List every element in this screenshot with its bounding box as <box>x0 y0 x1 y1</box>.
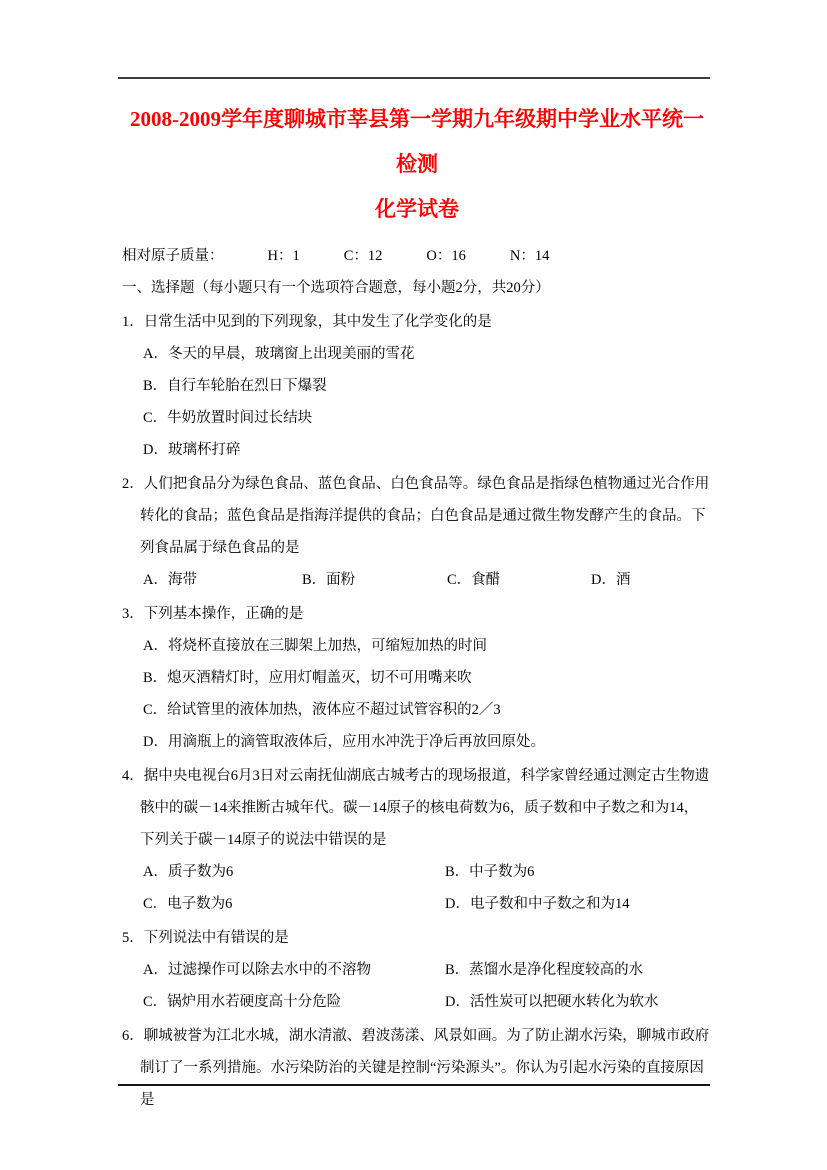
option-row: A．质子数为6B．中子数为6 <box>122 856 712 888</box>
question-stem: 2．人们把食品分为绿色食品、蓝色食品、白色食品等。绿色食品是指绿色植物通过光合作… <box>122 468 712 564</box>
option-item: D．玻璃杯打碎 <box>143 442 240 458</box>
question: 2．人们把食品分为绿色食品、蓝色食品、白色食品等。绿色食品是指绿色植物通过光合作… <box>122 468 712 596</box>
option-item: B．蒸馏水是净化程度较高的水 <box>445 954 643 986</box>
option-row: A．过滤操作可以除去水中的不溶物B．蒸馏水是净化程度较高的水 <box>122 954 712 986</box>
option-item: A．海带 <box>143 564 302 596</box>
option-line: B．熄灭酒精灯时，应用灯帽盖灭，切不可用嘴来吹 <box>122 662 712 694</box>
option-item: C．电子数为6 <box>143 888 445 920</box>
option-line: D．玻璃杯打碎 <box>122 434 712 466</box>
question: 4．据中央电视台6月3日对云南抚仙湖底古城考古的现场报道，科学家曾经通过测定古生… <box>122 760 712 920</box>
question-stem: 3．下列基本操作，正确的是 <box>122 598 712 630</box>
option-item: B．自行车轮胎在烈日下爆裂 <box>143 378 327 394</box>
question-stem-text: 聊城被誉为江北水城，湖水清澈、碧波荡漾、风景如画。为了防止湖水污染，聊城市政府制… <box>140 1028 709 1108</box>
section-heading: 一、选择题（每小题只有一个选项符合题意，每小题2分，共20分） <box>122 272 712 304</box>
question-stem-text: 下列说法中有错误的是 <box>144 930 289 946</box>
option-item: C．给试管里的液体加热，液体应不超过试管容积的2／3 <box>143 702 501 718</box>
option-line: D．用滴瓶上的滴管取液体后，应用水冲洗于净后再放回原处。 <box>122 726 712 758</box>
question-stem: 5．下列说法中有错误的是 <box>122 922 712 954</box>
question-stem-text: 人们把食品分为绿色食品、蓝色食品、白色食品等。绿色食品是指绿色植物通过光合作用转… <box>140 476 709 556</box>
question-stem: 6．聊城被誉为江北水城，湖水清澈、碧波荡漾、风景如画。为了防止湖水污染，聊城市政… <box>122 1020 712 1116</box>
option-item: A．冬天的早晨，玻璃窗上出现美丽的雪花 <box>143 346 414 362</box>
question-stem: 1．日常生活中见到的下列现象，其中发生了化学变化的是 <box>122 306 712 338</box>
question-number: 4． <box>122 768 144 784</box>
question-list: 1．日常生活中见到的下列现象，其中发生了化学变化的是A．冬天的早晨，玻璃窗上出现… <box>122 306 712 1116</box>
atomic-mass-line: 相对原子质量：H：1C：12O：16N：14 <box>122 240 712 272</box>
question: 5．下列说法中有错误的是A．过滤操作可以除去水中的不溶物B．蒸馏水是净化程度较高… <box>122 922 712 1018</box>
page-content: 2008-2009学年度聊城市莘县第一学期九年级期中学业水平统一检测 化学试卷 … <box>122 79 712 1116</box>
exam-title-line2: 化学试卷 <box>122 187 712 232</box>
option-item: A．过滤操作可以除去水中的不溶物 <box>143 954 445 986</box>
question-number: 3． <box>122 606 144 622</box>
option-item: D．酒 <box>591 564 630 596</box>
option-line: C．给试管里的液体加热，液体应不超过试管容积的2／3 <box>122 694 712 726</box>
question-number: 1． <box>122 314 144 330</box>
option-item: A．质子数为6 <box>143 856 445 888</box>
atomic-mass-item: C：12 <box>344 240 383 272</box>
option-item: C．锅炉用水若硬度高十分危险 <box>143 986 445 1018</box>
option-item: D．活性炭可以把硬水转化为软水 <box>445 986 658 1018</box>
option-line: C．牛奶放置时间过长结块 <box>122 402 712 434</box>
option-line: A．将烧杯直接放在三脚架上加热，可缩短加热的时间 <box>122 630 712 662</box>
exam-title: 2008-2009学年度聊城市莘县第一学期九年级期中学业水平统一检测 化学试卷 <box>122 97 712 232</box>
option-item: D．用滴瓶上的滴管取液体后，应用水冲洗于净后再放回原处。 <box>143 734 545 750</box>
question-number: 5． <box>122 930 144 946</box>
exam-page: 2008-2009学年度聊城市莘县第一学期九年级期中学业水平统一检测 化学试卷 … <box>0 0 827 1170</box>
option-item: A．将烧杯直接放在三脚架上加热，可缩短加热的时间 <box>143 638 487 654</box>
option-row: A．海带B．面粉C．食醋D．酒 <box>122 564 712 596</box>
question: 1．日常生活中见到的下列现象，其中发生了化学变化的是A．冬天的早晨，玻璃窗上出现… <box>122 306 712 466</box>
question-stem-text: 下列基本操作，正确的是 <box>144 606 304 622</box>
question-number: 2． <box>122 476 144 492</box>
atomic-mass-item: N：14 <box>510 240 549 272</box>
option-line: B．自行车轮胎在烈日下爆裂 <box>122 370 712 402</box>
atomic-mass-label: 相对原子质量： <box>122 248 224 264</box>
option-row: C．电子数为6D．电子数和中子数之和为14 <box>122 888 712 920</box>
question-stem-text: 日常生活中见到的下列现象，其中发生了化学变化的是 <box>144 314 492 330</box>
option-item: C．食醋 <box>447 564 591 596</box>
option-item: B．中子数为6 <box>445 856 534 888</box>
question-stem-text: 据中央电视台6月3日对云南抚仙湖底古城考古的现场报道，科学家曾经通过测定古生物遗… <box>140 768 709 848</box>
question: 3．下列基本操作，正确的是A．将烧杯直接放在三脚架上加热，可缩短加热的时间B．熄… <box>122 598 712 758</box>
atomic-mass-item: H：1 <box>268 240 300 272</box>
option-item: B．面粉 <box>302 564 447 596</box>
bottom-rule <box>118 1084 710 1086</box>
option-line: A．冬天的早晨，玻璃窗上出现美丽的雪花 <box>122 338 712 370</box>
option-item: B．熄灭酒精灯时，应用灯帽盖灭，切不可用嘴来吹 <box>143 670 472 686</box>
question-number: 6． <box>122 1028 144 1044</box>
question-stem: 4．据中央电视台6月3日对云南抚仙湖底古城考古的现场报道，科学家曾经通过测定古生… <box>122 760 712 856</box>
question: 6．聊城被誉为江北水城，湖水清澈、碧波荡漾、风景如画。为了防止湖水污染，聊城市政… <box>122 1020 712 1116</box>
option-item: D．电子数和中子数之和为14 <box>445 888 629 920</box>
atomic-mass-items: H：1C：12O：16N：14 <box>224 248 550 264</box>
option-row: C．锅炉用水若硬度高十分危险D．活性炭可以把硬水转化为软水 <box>122 986 712 1018</box>
exam-title-line1: 2008-2009学年度聊城市莘县第一学期九年级期中学业水平统一检测 <box>122 97 712 187</box>
option-item: C．牛奶放置时间过长结块 <box>143 410 312 426</box>
atomic-mass-item: O：16 <box>426 240 465 272</box>
